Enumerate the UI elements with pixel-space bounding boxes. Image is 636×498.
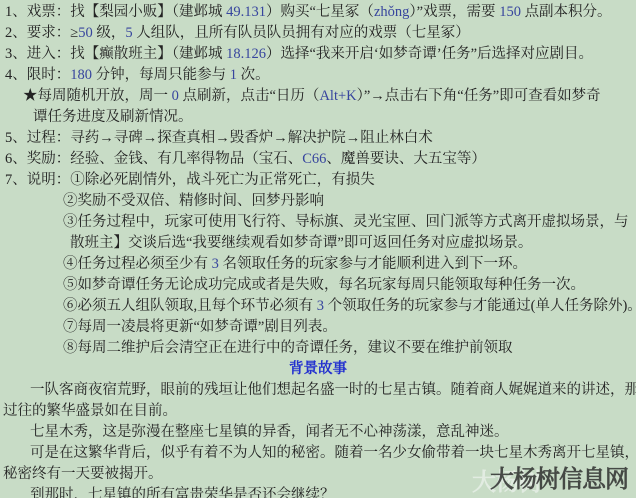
text-line: ④任务过程必须至少有 3 名领取任务的玩家参与才能顺利进入到下一环。 xyxy=(5,254,636,275)
text-segment: 一队客商夜宿荒野，眼前的残垣让他们想起名盛一时的七星古镇。随着商人娓娓道来的讲述… xyxy=(30,382,636,398)
inline-number: 50 xyxy=(78,25,93,41)
text-segment: ★每周随机开放，周一 xyxy=(23,88,172,104)
text-line: 七星木秀，这是弥漫在整座七星镇的异香，闻者无不心神荡漾，意乱神迷。 xyxy=(5,422,636,443)
text-segment: ③任务过程中，玩家可使用飞行符、导标旗、灵光宝匣、回门派等方式离开虚拟场景，与【… xyxy=(63,214,636,230)
text-segment: ）选择“我来开启‘如梦奇谭’任务”后选择对应剧目。 xyxy=(266,46,593,62)
text-line: 一队客商夜宿荒野，眼前的残垣让他们想起名盛一时的七星古镇。随着商人娓娓道来的讲述… xyxy=(5,380,636,401)
text-segment: 点刷新，点击“日历（ xyxy=(179,88,320,104)
text-segment: 分钟，每周只能参与 xyxy=(92,67,230,83)
text-segment: ⑥必须五人组队领取,且每个环节必须有 xyxy=(63,298,317,314)
inline-number: 49.131 xyxy=(226,4,266,20)
text-segment: ②奖励不受双倍、精修时间、回梦丹影响 xyxy=(63,193,324,209)
text-line: ⑧每周二维护后会清空正在进行中的奇谭任务，建议不要在维护前领取 xyxy=(5,338,636,359)
text-segment: 3、进入：找【癫散班主】（建邺城 xyxy=(5,46,226,62)
text-line: ②奖励不受双倍、精修时间、回梦丹影响 xyxy=(5,191,636,212)
text-segment: 7、说明：①除必死剧情外，战斗死亡为正常死亡，有损失 xyxy=(5,172,375,188)
text-segment: 级， xyxy=(93,25,126,41)
text-segment: 谭任务进度及刷新情况。 xyxy=(33,109,193,125)
text-line: 过往的繁华盛景如在目前。 xyxy=(3,401,636,422)
text-line: ⑥必须五人组队领取,且每个环节必须有 3 个领取任务的玩家参与才能通过(单人任务… xyxy=(5,296,636,317)
watermark: 大杨树 大杨树信息网 xyxy=(490,459,628,494)
text-segment: 、魔兽要诀、大五宝等） xyxy=(326,151,486,167)
page: { "colors": { "background": "#c8dcc6", "… xyxy=(0,0,636,498)
text-segment: 人组队，且所有队员队员拥有对应的戏票（七星冢） xyxy=(133,25,470,41)
text-line: ⑤如梦奇谭任务无论成功完成或者是失败，每名玩家每周只能领取每种任务一次。 xyxy=(5,275,636,296)
inline-number: 180 xyxy=(70,67,92,83)
text-segment: ）”戏票，需要 xyxy=(409,4,499,20)
text-line: 谭任务进度及刷新情况。 xyxy=(5,107,636,128)
text-line: 散班主】交谈后选“我要继续观看如梦奇谭”即可返回任务对应虚拟场景。 xyxy=(5,233,636,254)
inline-number: 1 xyxy=(230,67,237,83)
text-segment: ⑤如梦奇谭任务无论成功完成或者是失败，每名玩家每周只能领取每种任务一次。 xyxy=(63,277,585,293)
section-title: 背景故事 xyxy=(5,359,636,380)
text-segment: 散班主】交谈后选“我要继续观看如梦奇谭”即可返回任务对应虚拟场景。 xyxy=(70,235,532,251)
text-segment: ⑧每周二维护后会清空正在进行中的奇谭任务，建议不要在维护前领取 xyxy=(63,340,513,356)
text-segment: 个领取任务的玩家参与才能通过(单人任务除外)。 xyxy=(324,298,636,314)
text-line: 3、进入：找【癫散班主】（建邺城 18.126）选择“我来开启‘如梦奇谭’任务”… xyxy=(5,44,636,65)
text-segment: ）购买“七星冢（ xyxy=(266,4,374,20)
inline-number: zhǒng xyxy=(374,4,409,20)
text-line: 6、奖励：经验、金钱、有几率得物品（宝石、C66、魔兽要诀、大五宝等） xyxy=(5,149,636,170)
text-line: ★每周随机开放，周一 0 点刷新，点击“日历（Alt+K）”→点击右下角“任务”… xyxy=(5,86,636,107)
text-line: 2、要求：≥50 级，5 人组队，且所有队员队员拥有对应的戏票（七星冢） xyxy=(5,23,636,44)
text-segment: ）”→点击右下角“任务”即可查看如梦奇 xyxy=(357,88,601,104)
text-segment: 到那时，七星镇的所有富贵荣华是否还会继续？ xyxy=(30,487,335,498)
text-segment: 七星木秀，这是弥漫在整座七星镇的异香，闻者无不心神荡漾，意乱神迷。 xyxy=(30,424,509,440)
text-segment: 背景故事 xyxy=(289,361,347,377)
text-segment: 名领取任务的玩家参与才能顺利进入到下一环。 xyxy=(219,256,527,272)
inline-number: 18.126 xyxy=(226,46,266,62)
text-segment: 1、戏票：找【梨园小贩】（建邺城 xyxy=(5,4,226,20)
text-segment: 点副本积分。 xyxy=(521,4,612,20)
watermark-text: 大杨树信息网 xyxy=(490,466,628,493)
text-line: 5、过程：寻药→寻碑→探查真相→毁香炉→解决护院→阻止林白术 xyxy=(5,128,636,149)
text-line: 1、戏票：找【梨园小贩】（建邺城 49.131）购买“七星冢（zhǒng）”戏票… xyxy=(5,2,636,23)
text-segment: 4、限时： xyxy=(5,67,70,83)
text-segment: 6、奖励：经验、金钱、有几率得物品（宝石、 xyxy=(5,151,302,167)
inline-number: 3 xyxy=(317,298,324,314)
text-line: ⑦每周一凌晨将更新“如梦奇谭”剧目列表。 xyxy=(5,317,636,338)
inline-number: 3 xyxy=(212,256,219,272)
text-line: 4、限时：180 分钟，每周只能参与 1 次。 xyxy=(5,65,636,86)
text-segment: ④任务过程必须至少有 xyxy=(63,256,212,272)
inline-number: 150 xyxy=(499,4,521,20)
text-segment: ⑦每周一凌晨将更新“如梦奇谭”剧目列表。 xyxy=(63,319,337,335)
text-segment: 秘密终有一天要被揭开。 xyxy=(3,466,163,482)
text-line: ③任务过程中，玩家可使用飞行符、导标旗、灵光宝匣、回门派等方式离开虚拟场景，与【… xyxy=(5,212,636,233)
inline-number: C66 xyxy=(302,151,326,167)
guide-document: 1、戏票：找【梨园小贩】（建邺城 49.131）购买“七星冢（zhǒng）”戏票… xyxy=(5,2,636,498)
inline-number: Alt+K xyxy=(319,88,356,104)
text-segment: 5、过程：寻药→寻碑→探查真相→毁香炉→解决护院→阻止林白术 xyxy=(5,130,433,146)
inline-number: 0 xyxy=(172,88,179,104)
inline-number: 5 xyxy=(125,25,132,41)
text-segment: 次。 xyxy=(237,67,270,83)
text-segment: 过往的繁华盛景如在目前。 xyxy=(3,403,177,419)
text-line: 7、说明：①除必死剧情外，战斗死亡为正常死亡，有损失 xyxy=(5,170,636,191)
text-segment: 2、要求：≥ xyxy=(5,25,78,41)
